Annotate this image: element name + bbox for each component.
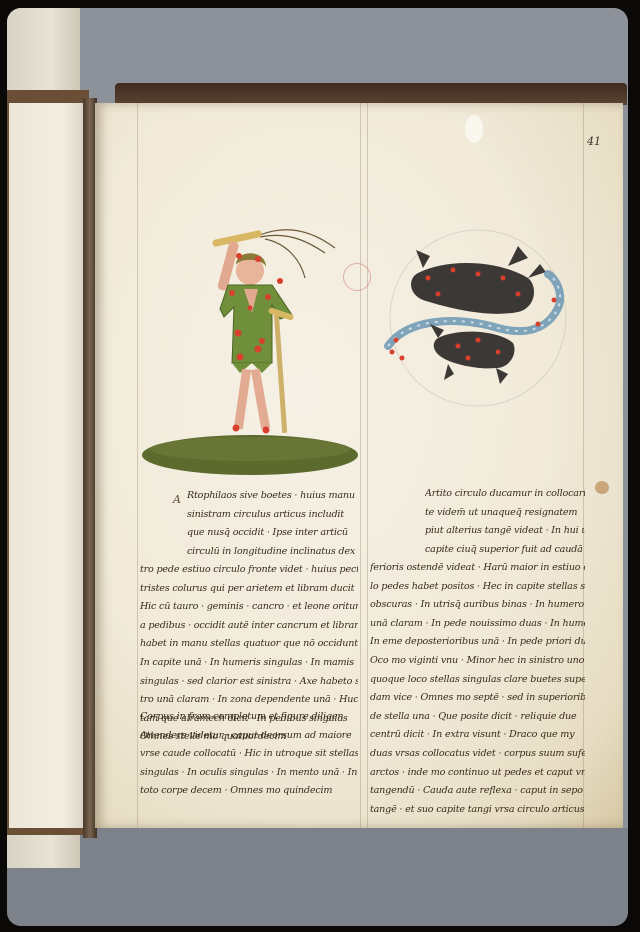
text-line: Artito circulo ducamur in collocari (425, 485, 585, 504)
text-line: singulas · In oculis singulas · In mento… (140, 764, 358, 783)
text-line: sinistram circulus articus includit (187, 506, 359, 525)
text-line: tro unā claram · In zona dependente unā … (140, 691, 358, 710)
text-line: In eme deposterioribus unā · In pede pri… (370, 633, 585, 652)
left-text-paragraph-2: Corpus in fram completum et figure dilig… (140, 708, 358, 801)
right-text-column: ferioris ostendē videat · Harū maior in … (370, 559, 585, 819)
text-line: Corpus in fram completum et figure dilig… (140, 708, 358, 727)
ursa-draco-illustration (378, 228, 588, 408)
text-line: vrse caude collocatū · Hic in utroque si… (140, 745, 358, 764)
left-page-edge (9, 103, 85, 828)
text-line: centrū dicit · In extra visunt · Draco q… (370, 726, 585, 745)
ruling-line (137, 103, 138, 828)
left-text-column-top: Rtophilaos sive boetes · huius manu sini… (187, 487, 359, 561)
text-line: capite ciuq̄ superior fuit ad caudā in (425, 541, 585, 560)
text-line: tristes colurus qui per arietem et libra… (140, 580, 358, 599)
text-line: duas vrsas collocatus videt · corpus suu… (370, 745, 585, 764)
text-line: Rtophilaos sive boetes · huius manu (187, 487, 359, 506)
text-line: unā claram · In pede nouissimo duas · In… (370, 615, 585, 634)
text-line: piut alterius tangē videat · In hui ut (425, 522, 585, 541)
text-line: ferioris ostendē videat · Harū maior in … (370, 559, 585, 578)
text-line: obscuras · In utrisq̄ auribus binas · In… (370, 596, 585, 615)
folio-number: 41 (587, 135, 601, 148)
text-line: tangē · et suo capite tangi vrsa circulo… (370, 801, 585, 820)
text-line: habet in manu stellas quatuor que nō occ… (140, 635, 358, 654)
ruling-line (360, 103, 361, 828)
text-line: que nusq̄ occidit · Ipse inter articū (187, 524, 359, 543)
ruling-line (367, 103, 368, 828)
text-line: te videm̄ ut unaqueq̄ resignatem (425, 504, 585, 523)
text-line: dam vice · Omnes mo septē · sed in super… (370, 689, 585, 708)
text-line: tangendū · Cauda aute reflexa · caput in… (370, 782, 585, 801)
photo-frame: 41 (7, 8, 628, 926)
background-surface (7, 828, 628, 926)
top-binding-board (115, 83, 627, 105)
text-line: arctos · inde mo continuo ut pedes et ca… (370, 764, 585, 783)
text-line: singulas · sed clarior est sinistra · Ax… (140, 673, 358, 692)
text-line: Hic cū tauro · geminis · cancro · et leo… (140, 598, 358, 617)
text-line: de stella una · Que posite dicit · reliq… (370, 708, 585, 727)
text-line: quoque loco stellas singulas clare buete… (370, 671, 585, 690)
text-line: circulū in longitudine inclinatus dex (187, 543, 359, 562)
right-text-column-top: Artito circulo ducamur in collocari te v… (425, 485, 585, 559)
text-line: In capite unā · In humeris singulas · In… (140, 654, 358, 673)
manuscript-page: 41 (95, 103, 623, 828)
text-line: toto corpe decem · Omnes mo quindecim (140, 782, 358, 801)
rubric-initial: A (173, 493, 181, 506)
text-line: lo pedes habet positos · Hec in capite s… (370, 578, 585, 597)
text-line: a pedibus · occidit autē inter cancrum e… (140, 617, 358, 636)
stain-spot (595, 481, 609, 494)
text-line: Attendere videtur · caput deorsum ad mai… (140, 727, 358, 746)
bootes-illustration (140, 223, 360, 483)
text-line: Oco mo viginti vnu · Minor hec in sinist… (370, 652, 585, 671)
parchment-hole (465, 115, 483, 143)
text-line: tro pede estiuo circulo fronte videt · h… (140, 561, 358, 580)
